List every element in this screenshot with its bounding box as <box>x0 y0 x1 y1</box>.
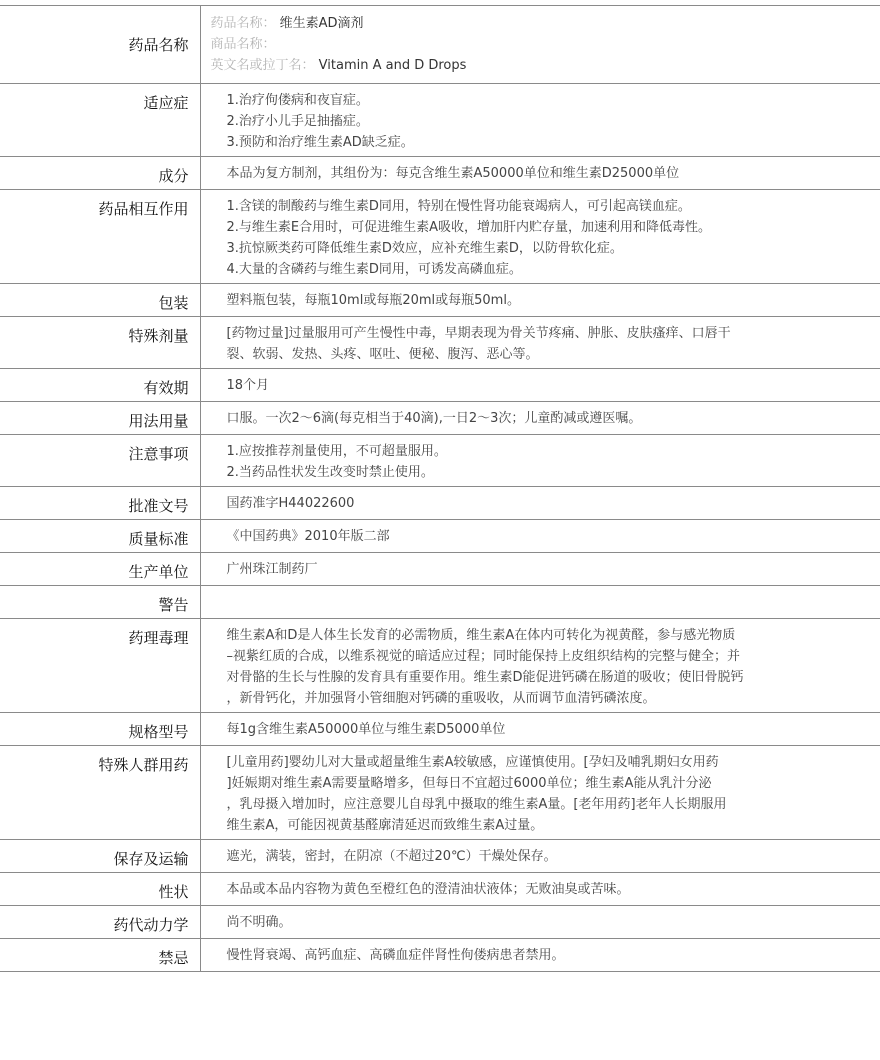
row-value: 1.应按推荐剂量使用，不可超量服用。2.当药品性状发生改变时禁止使用。 <box>200 435 880 487</box>
drug-spec-table: 药品名称 药品名称： 维生素AD滴剂 商品名称： 英文名或拉丁名： Vitami… <box>0 5 880 972</box>
generic-name-line: 药品名称： 维生素AD滴剂 <box>211 13 871 34</box>
row-pharmacology: 药理毒理维生素A和D是人体生长发育的必需物质，维生素A在体内可转化为视黄醛，参与… <box>0 619 880 713</box>
value-line: 2.当药品性状发生改变时禁止使用。 <box>227 462 871 483</box>
value-line: 18个月 <box>227 375 871 396</box>
trade-name-line: 商品名称： <box>211 34 871 55</box>
row-quality-standard: 质量标准《中国药典》2010年版二部 <box>0 520 880 553</box>
value-line: 国药准字H44022600 <box>227 493 871 514</box>
value-line: 本品或本品内容物为黄色至橙红色的澄清油状液体；无败油臭或苦味。 <box>227 879 871 900</box>
row-label: 包装 <box>0 284 200 317</box>
row-special-populations: 特殊人群用药[儿童用药]婴幼儿对大量或超量维生素A较敏感，应谨慎使用。[孕妇及哺… <box>0 746 880 840</box>
row-label: 成分 <box>0 157 200 190</box>
row-value: 塑料瓶包装，每瓶10ml或每瓶20ml或每瓶50ml。 <box>200 284 880 317</box>
value-line: ]妊娠期对维生素A需要量略增多，但每日不宜超过6000单位；维生素A能从乳汁分泌 <box>227 773 871 794</box>
value-line: 2.与维生素E合用时，可促进维生素A吸收，增加肝内贮存量，加速利用和降低毒性。 <box>227 217 871 238</box>
value-line: ，新骨钙化，并加强肾小管细胞对钙磷的重吸收，从而调节血清钙磷浓度。 <box>227 688 871 709</box>
row-value: 国药准字H44022600 <box>200 487 880 520</box>
value-line: 《中国药典》2010年版二部 <box>227 526 871 547</box>
value-line: 维生素A和D是人体生长发育的必需物质，维生素A在体内可转化为视黄醛，参与感光物质 <box>227 625 871 646</box>
row-manufacturer: 生产单位广州珠江制药厂 <box>0 553 880 586</box>
row-shelf-life: 有效期18个月 <box>0 369 880 402</box>
row-label: 有效期 <box>0 369 200 402</box>
generic-name-value: 维生素AD滴剂 <box>280 16 364 31</box>
row-special-dosage: 特殊剂量[药物过量]过量服用可产生慢性中毒，早期表现为骨关节疼痛、肿胀、皮肤瘙痒… <box>0 317 880 369</box>
value-line: 对骨骼的生长与性腺的发育具有重要作用。维生素D能促进钙磷在肠道的吸收；使旧骨脱钙 <box>227 667 871 688</box>
row-label: 特殊剂量 <box>0 317 200 369</box>
row-drug-name: 药品名称 药品名称： 维生素AD滴剂 商品名称： 英文名或拉丁名： Vitami… <box>0 6 880 84</box>
row-label: 药品相互作用 <box>0 190 200 284</box>
row-label: 禁忌 <box>0 939 200 972</box>
row-value: 药品名称： 维生素AD滴剂 商品名称： 英文名或拉丁名： Vitamin A a… <box>200 6 880 84</box>
english-name-value: Vitamin A and D Drops <box>319 58 467 73</box>
row-label: 规格型号 <box>0 713 200 746</box>
row-label: 生产单位 <box>0 553 200 586</box>
row-label: 用法用量 <box>0 402 200 435</box>
row-label: 药品名称 <box>0 6 200 84</box>
row-description: 性状本品或本品内容物为黄色至橙红色的澄清油状液体；无败油臭或苦味。 <box>0 873 880 906</box>
row-value: 1.含镁的制酸药与维生素D同用，特别在慢性肾功能衰竭病人，可引起高镁血症。2.与… <box>200 190 880 284</box>
row-ingredients: 成分本品为复方制剂，其组份为：每克含维生素A50000单位和维生素D25000单… <box>0 157 880 190</box>
value-line: 口服。一次2～6滴(每克相当于40滴),一日2～3次；儿童酌减或遵医嘱。 <box>227 408 871 429</box>
value-line: 遮光，满装，密封，在阴凉（不超过20℃）干燥处保存。 <box>227 846 871 867</box>
row-value <box>200 586 880 619</box>
value-line: ，乳母摄入增加时，应注意婴儿自母乳中摄取的维生素A量。[老年用药]老年人长期服用 <box>227 794 871 815</box>
row-label: 特殊人群用药 <box>0 746 200 840</box>
value-line: 4.大量的含磷药与维生素D同用，可诱发高磷血症。 <box>227 259 871 280</box>
row-value: 18个月 <box>200 369 880 402</box>
value-line: 塑料瓶包装，每瓶10ml或每瓶20ml或每瓶50ml。 <box>227 290 871 311</box>
row-contraindications: 禁忌慢性肾衰竭、高钙血症、高磷血症伴肾性佝偻病患者禁用。 <box>0 939 880 972</box>
value-line: 本品为复方制剂，其组份为：每克含维生素A50000单位和维生素D25000单位 <box>227 163 871 184</box>
row-pharmacokinetics: 药代动力学尚不明确。 <box>0 906 880 939</box>
row-value: 口服。一次2～6滴(每克相当于40滴),一日2～3次；儿童酌减或遵医嘱。 <box>200 402 880 435</box>
row-label: 质量标准 <box>0 520 200 553</box>
row-precautions: 注意事项1.应按推荐剂量使用，不可超量服用。2.当药品性状发生改变时禁止使用。 <box>0 435 880 487</box>
row-label: 批准文号 <box>0 487 200 520</box>
value-line: 3.预防和治疗维生素AD缺乏症。 <box>227 132 871 153</box>
row-value: 维生素A和D是人体生长发育的必需物质，维生素A在体内可转化为视黄醛，参与感光物质… <box>200 619 880 713</box>
row-label: 药理毒理 <box>0 619 200 713</box>
value-line: 维生素A，可能因视黄基醛廓清延迟而致维生素A过量。 <box>227 815 871 836</box>
value-line: 每1g含维生素A50000单位与维生素D5000单位 <box>227 719 871 740</box>
value-line: [药物过量]过量服用可产生慢性中毒，早期表现为骨关节疼痛、肿胀、皮肤瘙痒、口唇干 <box>227 323 871 344</box>
row-value: 每1g含维生素A50000单位与维生素D5000单位 <box>200 713 880 746</box>
value-line: 1.治疗佝偻病和夜盲症。 <box>227 90 871 111</box>
row-specification: 规格型号每1g含维生素A50000单位与维生素D5000单位 <box>0 713 880 746</box>
row-warning: 警告 <box>0 586 880 619</box>
row-value: 慢性肾衰竭、高钙血症、高磷血症伴肾性佝偻病患者禁用。 <box>200 939 880 972</box>
value-line: 裂、软弱、发热、头疼、呕吐、便秘、腹泻、恶心等。 <box>227 344 871 365</box>
english-name-line: 英文名或拉丁名： Vitamin A and D Drops <box>211 55 871 76</box>
row-value: 尚不明确。 <box>200 906 880 939</box>
value-line: 2.治疗小儿手足抽搐症。 <box>227 111 871 132</box>
value-line: –视紫红质的合成，以维系视觉的暗适应过程；同时能保持上皮组织结构的完整与健全；并 <box>227 646 871 667</box>
generic-name-label: 药品名称： <box>211 16 276 31</box>
row-value: 遮光，满装，密封，在阴凉（不超过20℃）干燥处保存。 <box>200 840 880 873</box>
row-label: 警告 <box>0 586 200 619</box>
trade-name-label: 商品名称： <box>211 37 276 52</box>
row-label: 药代动力学 <box>0 906 200 939</box>
row-value: 本品为复方制剂，其组份为：每克含维生素A50000单位和维生素D25000单位 <box>200 157 880 190</box>
row-approval-number: 批准文号国药准字H44022600 <box>0 487 880 520</box>
value-line: 1.含镁的制酸药与维生素D同用，特别在慢性肾功能衰竭病人，可引起高镁血症。 <box>227 196 871 217</box>
row-value: 《中国药典》2010年版二部 <box>200 520 880 553</box>
row-label: 性状 <box>0 873 200 906</box>
value-line: 3.抗惊厥类药可降低维生素D效应，应补充维生素D，以防骨软化症。 <box>227 238 871 259</box>
value-line: 1.应按推荐剂量使用，不可超量服用。 <box>227 441 871 462</box>
row-value: 1.治疗佝偻病和夜盲症。2.治疗小儿手足抽搐症。3.预防和治疗维生素AD缺乏症。 <box>200 84 880 157</box>
row-indications: 适应症1.治疗佝偻病和夜盲症。2.治疗小儿手足抽搐症。3.预防和治疗维生素AD缺… <box>0 84 880 157</box>
row-value: 广州珠江制药厂 <box>200 553 880 586</box>
row-value: [药物过量]过量服用可产生慢性中毒，早期表现为骨关节疼痛、肿胀、皮肤瘙痒、口唇干… <box>200 317 880 369</box>
row-label: 注意事项 <box>0 435 200 487</box>
row-dosage: 用法用量口服。一次2～6滴(每克相当于40滴),一日2～3次；儿童酌减或遵医嘱。 <box>0 402 880 435</box>
value-line: 尚不明确。 <box>227 912 871 933</box>
row-value: [儿童用药]婴幼儿对大量或超量维生素A较敏感，应谨慎使用。[孕妇及哺乳期妇女用药… <box>200 746 880 840</box>
row-interactions: 药品相互作用1.含镁的制酸药与维生素D同用，特别在慢性肾功能衰竭病人，可引起高镁… <box>0 190 880 284</box>
row-label: 适应症 <box>0 84 200 157</box>
value-line: 广州珠江制药厂 <box>227 559 871 580</box>
row-label: 保存及运输 <box>0 840 200 873</box>
value-line: [儿童用药]婴幼儿对大量或超量维生素A较敏感，应谨慎使用。[孕妇及哺乳期妇女用药 <box>227 752 871 773</box>
value-line: 慢性肾衰竭、高钙血症、高磷血症伴肾性佝偻病患者禁用。 <box>227 945 871 966</box>
row-value: 本品或本品内容物为黄色至橙红色的澄清油状液体；无败油臭或苦味。 <box>200 873 880 906</box>
row-storage: 保存及运输遮光，满装，密封，在阴凉（不超过20℃）干燥处保存。 <box>0 840 880 873</box>
row-packaging: 包装塑料瓶包装，每瓶10ml或每瓶20ml或每瓶50ml。 <box>0 284 880 317</box>
english-name-label: 英文名或拉丁名： <box>211 58 315 73</box>
